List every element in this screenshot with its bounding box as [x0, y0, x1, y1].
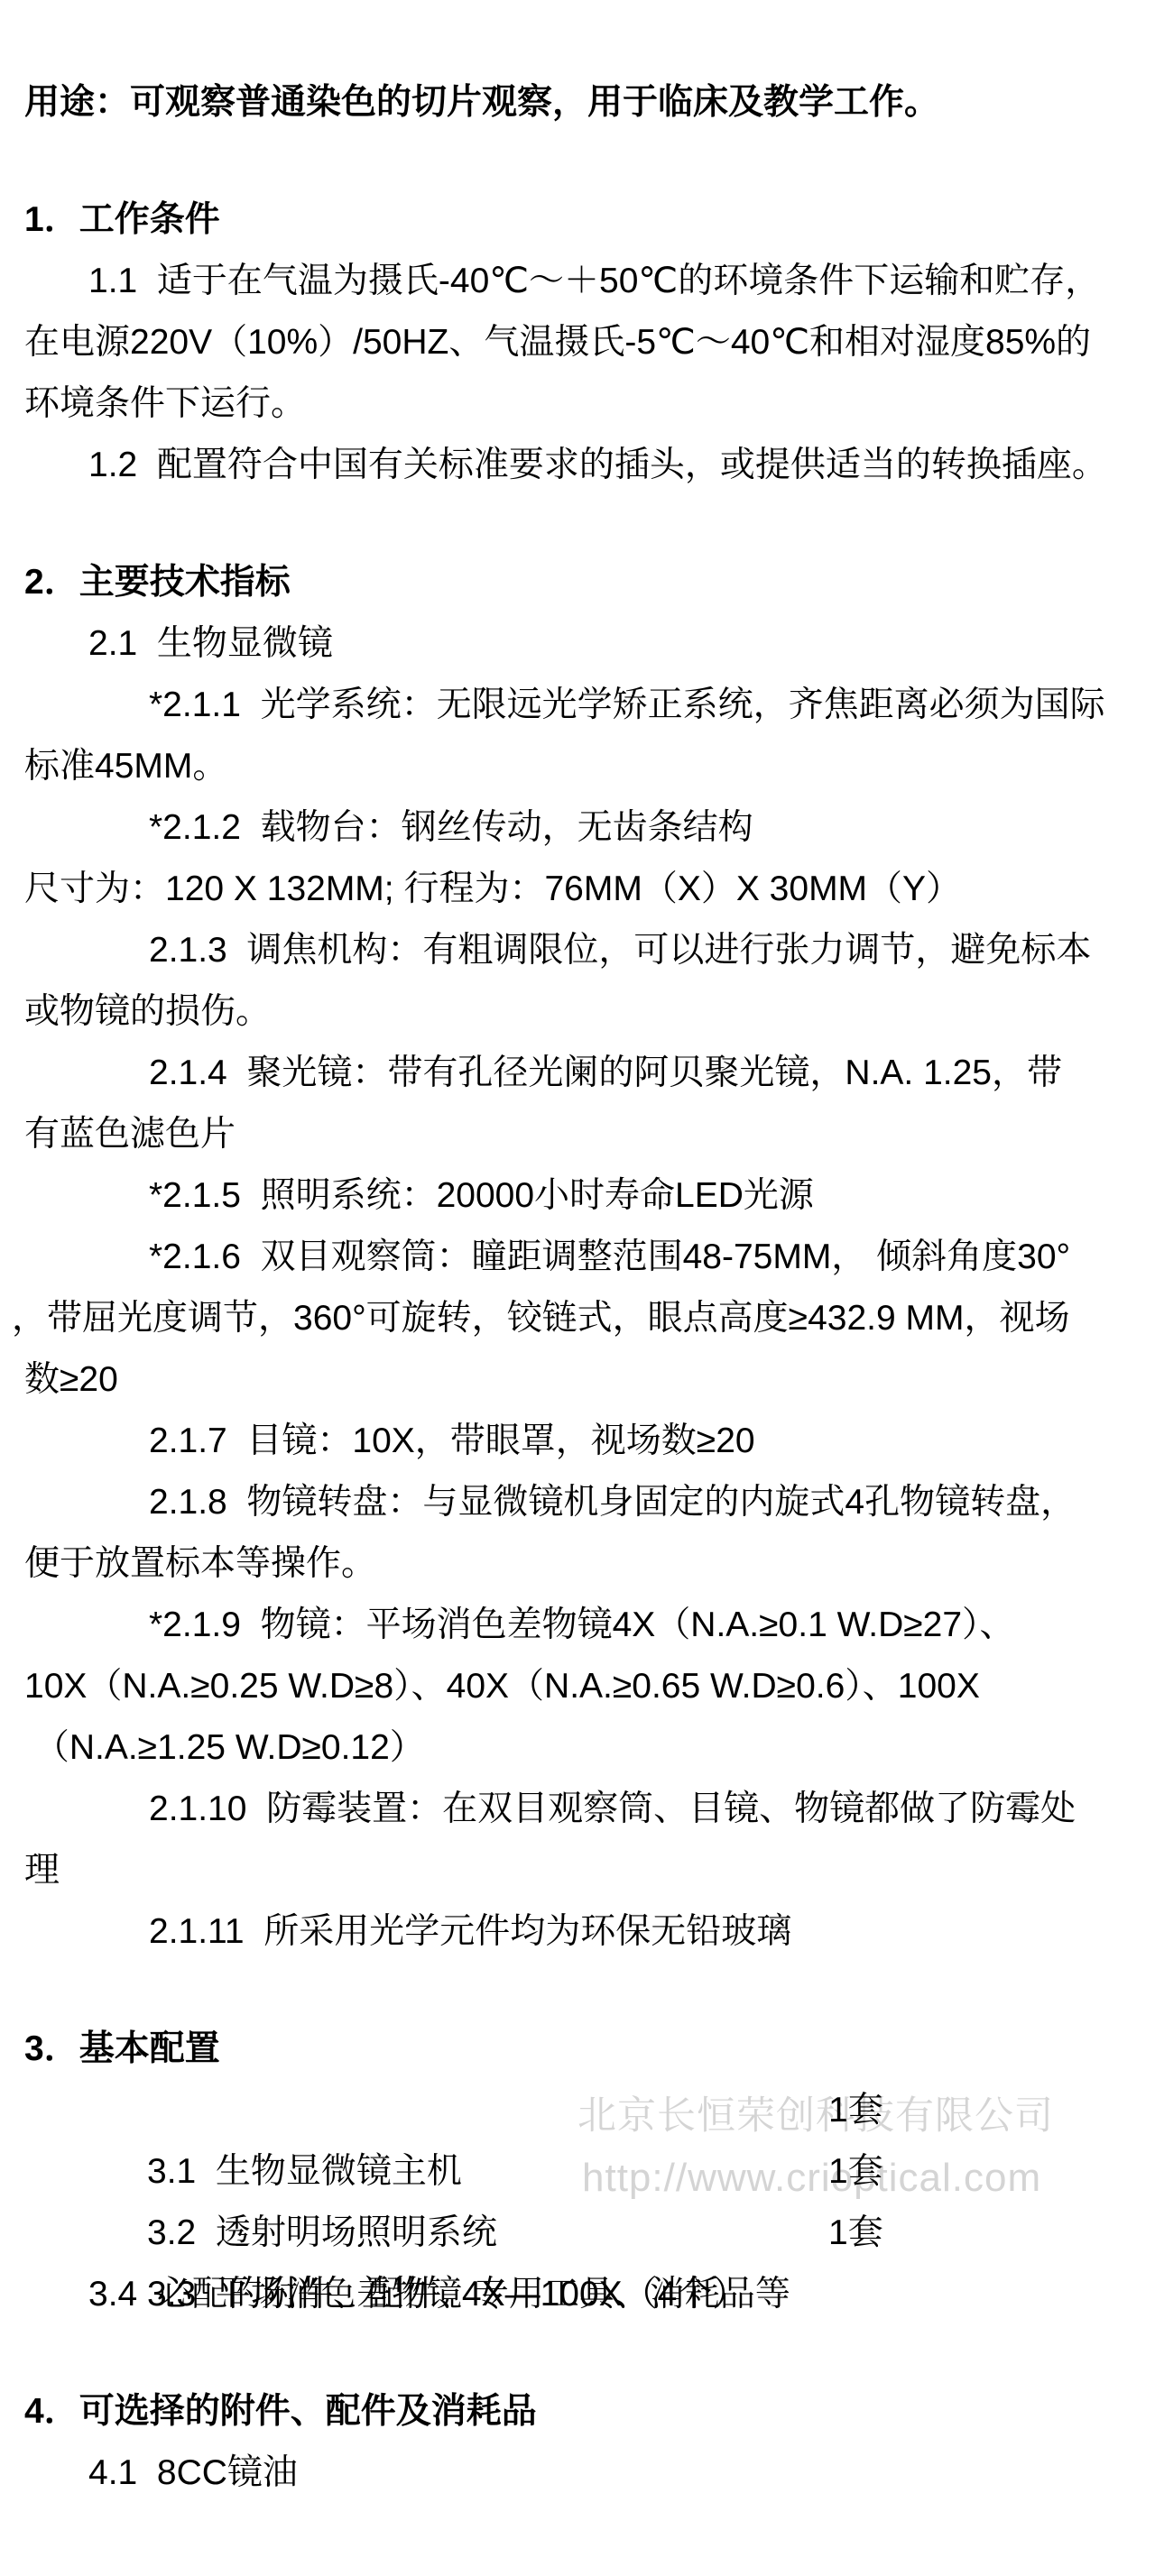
clause-2-1-1-line-2: 标准45MM。 [24, 736, 1150, 797]
config-qty-3-2: 1套 [828, 2141, 883, 2203]
section-1-heading: 1．工作条件 [24, 189, 1150, 251]
clause-2-1-2-line-2: 尺寸为：120 X 132MM; 行程为：76MM（X）X 30MM（Y） [24, 859, 1150, 920]
clause-2-1-4-line-2: 有蓝色滤色片 [24, 1104, 1150, 1165]
clause-2-1-10-line-1: 2.1.10 防霉装置：在双目观察筒、目镜、物镜都做了防霉处 [24, 1779, 1150, 1840]
clause-2-1-4-line-1: 2.1.4 聚光镜：带有孔径光阑的阿贝聚光镜，N.A. 1.25，带 [24, 1043, 1150, 1104]
clause-2-1-9-line-1: *2.1.9 物镜：平场消色差物镜4X（N.A.≥0.1 W.D≥27）、 [24, 1595, 1150, 1656]
clause-2-1-8-line-1: 2.1.8 物镜转盘：与显微镜机身固定的内旋式4孔物镜转盘， [24, 1472, 1150, 1533]
clause-2-1-6-line-3: 数≥20 [24, 1349, 1150, 1411]
clause-2-1-8-line-2: 便于放置标本等操作。 [24, 1533, 1150, 1595]
clause-2-1-7-line: 2.1.7 目镜：10X，带眼罩，视场数≥20 [24, 1411, 1150, 1472]
config-qty-3-3: 1套 [828, 2203, 883, 2264]
clause-2-1-9-line-3: （N.A.≥1.25 W.D≥0.12） [24, 1717, 1150, 1779]
clause-1-1-line-3: 环境条件下运行。 [24, 373, 1150, 435]
config-label-3-3: 3.3 平场消色差物镜4X—100X（4个） [147, 2275, 747, 2314]
document-page: 北京长恒荣创科技有限公司 http://www.crioptical.com 用… [0, 0, 1155, 2576]
config-qty-3-1: 1套 [828, 2080, 883, 2141]
config-row-3-1: 3.1 生物显微镜主机 1套 [24, 2080, 1150, 2141]
clause-2-1-10-line-2: 理 [24, 1840, 1150, 1901]
clause-2-1-1-line-1: *2.1.1 光学系统：无限远光学矫正系统，齐焦距离必须为国际 [24, 675, 1150, 736]
clause-2-1-line: 2.1 生物显微镜 [24, 613, 1150, 675]
clause-2-1-3-line-1: 2.1.3 调焦机构：有粗调限位，可以进行张力调节，避免标本 [24, 920, 1150, 981]
purpose-line: 用途：可观察普通染色的切片观察，用于临床及教学工作。 [24, 72, 1150, 133]
clause-1-2-line: 1.2 配置符合中国有关标准要求的插头，或提供适当的转换插座。 [24, 435, 1150, 496]
section-2-heading: 2．主要技术指标 [24, 552, 1150, 613]
clause-2-1-11-line: 2.1.11 所采用光学元件均为环保无铅玻璃 [24, 1901, 1150, 1963]
clause-2-1-6-line-2: ，带屈光度调节，360°可旋转，铰链式，眼点高度≥432.9 MM，视场 [12, 1288, 1150, 1349]
config-row-3-2: 3.2 透射明场照明系统 1套 [24, 2141, 1150, 2203]
clause-4-1-line: 4.1 8CC镜油 [24, 2443, 1150, 2504]
section-3-heading: 3．基本配置 [24, 2019, 1150, 2080]
config-row-3-3: 3.3 平场消色差物镜4X—100X（4个） 1套 [24, 2203, 1150, 2264]
clause-2-1-5-line: *2.1.5 照明系统：20000小时寿命LED光源 [24, 1165, 1150, 1227]
clause-1-1-line-1: 1.1 适于在气温为摄氏-40℃～＋50℃的环境条件下运输和贮存， [24, 251, 1150, 312]
clause-1-1-line-2: 在电源220V（10%）/50HZ、气温摄氏-5℃～40℃和相对湿度85%的 [24, 312, 1150, 373]
clause-2-1-6-line-1: *2.1.6 双目观察筒：瞳距调整范围48-75MM， 倾斜角度30° [24, 1227, 1150, 1288]
clause-2-1-3-line-2: 或物镜的损伤。 [24, 981, 1150, 1043]
clause-2-1-2-line-1: *2.1.2 载物台：钢丝传动，无齿条结构 [24, 797, 1150, 859]
document-body: 用途：可观察普通染色的切片观察，用于临床及教学工作。 1．工作条件 1.1 适于… [0, 0, 1155, 2504]
section-4-heading: 4．可选择的附件、配件及消耗品 [24, 2381, 1150, 2443]
clause-2-1-9-line-2: 10X（N.A.≥0.25 W.D≥8）、40X（N.A.≥0.65 W.D≥0… [24, 1656, 1150, 1717]
